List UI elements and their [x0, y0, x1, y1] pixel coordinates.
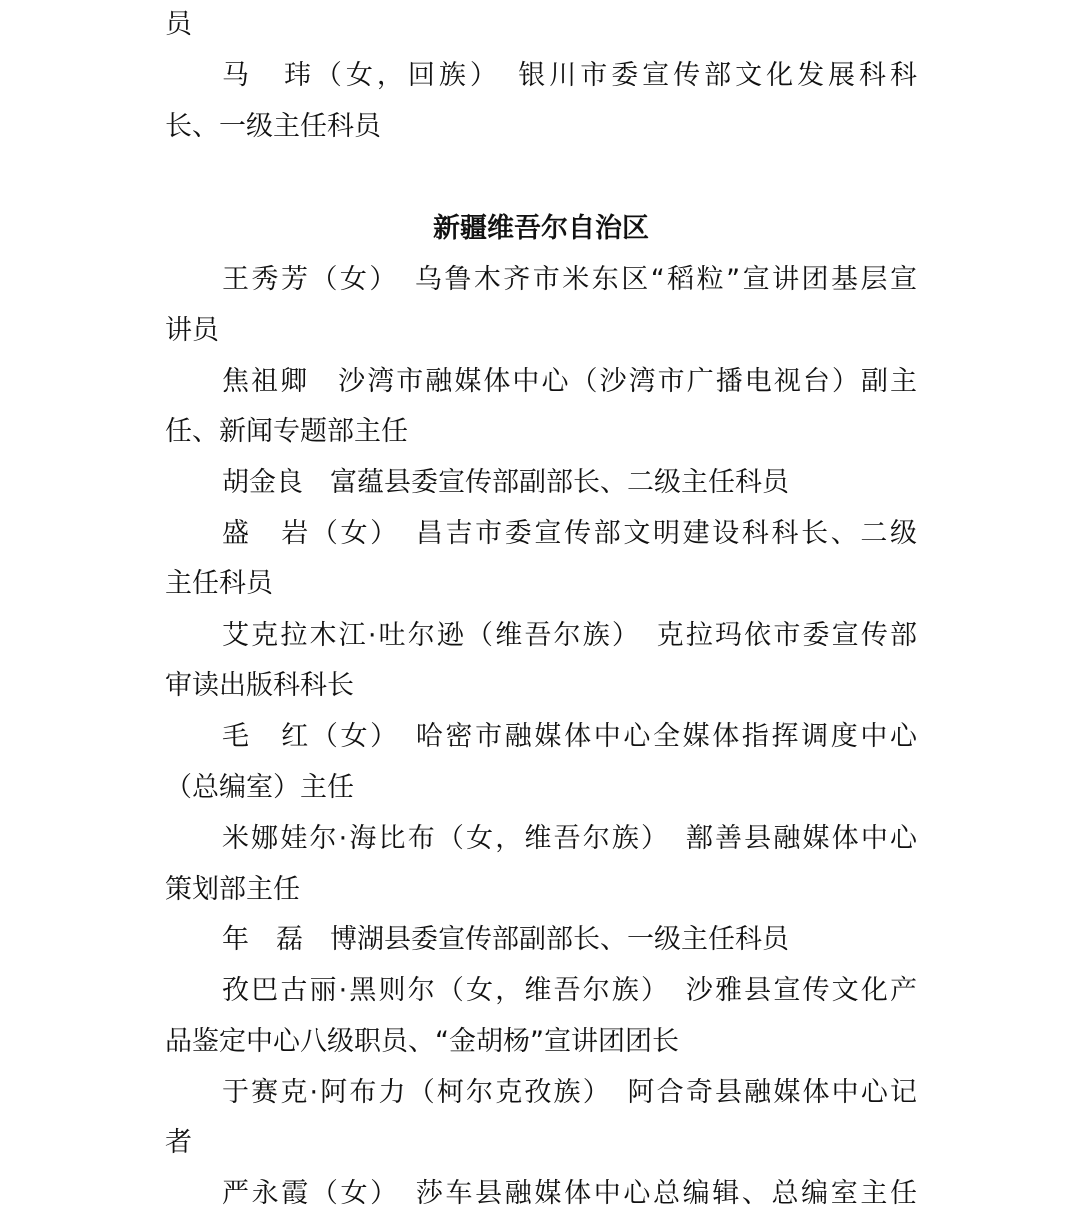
entry-line: 胡金良 富蕴县委宣传部副部长、二级主任科员 [222, 465, 917, 501]
entry-line: 米娜娃尔·海比布（女，维吾尔族） 鄯善县融媒体中心 [222, 821, 917, 857]
entry-continuation-line: 主任科员 [165, 566, 917, 602]
entry-continuation-line: 员 [165, 7, 917, 43]
entry-continuation-line: 讲员 [165, 313, 917, 349]
entry-continuation-line: 者 [165, 1125, 917, 1161]
entry-continuation-line: （总编室）主任 [165, 770, 917, 806]
entry-continuation-line: 长、一级主任科员 [165, 109, 917, 145]
entry-line: 毛 红（女） 哈密市融媒体中心全媒体指挥调度中心 [222, 719, 917, 755]
entry-continuation-line: 任、新闻专题部主任 [165, 414, 917, 450]
entry-line: 焦祖卿 沙湾市融媒体中心（沙湾市广播电视台）副主 [222, 364, 917, 400]
entry-line: 艾克拉木江·吐尔逊（维吾尔族） 克拉玛依市委宣传部 [222, 618, 917, 654]
entry-line: 马 玮（女，回族） 银川市委宣传部文化发展科科 [222, 58, 917, 94]
entry-line: 盛 岩（女） 昌吉市委宣传部文明建设科科长、二级 [222, 516, 917, 552]
entry-continuation-line: 审读出版科科长 [165, 668, 917, 704]
section-heading: 新疆维吾尔自治区 [165, 211, 917, 247]
entry-line: 严永霞（女） 莎车县融媒体中心总编辑、总编室主任 [222, 1176, 917, 1212]
entry-line: 王秀芳（女） 乌鲁木齐市米东区“稻粒”宣讲团基层宣 [222, 262, 917, 298]
entry-line: 年 磊 博湖县委宣传部副部长、一级主任科员 [222, 922, 917, 958]
entry-continuation-line: 策划部主任 [165, 872, 917, 908]
entry-line: 于赛克·阿布力（柯尔克孜族） 阿合奇县融媒体中心记 [222, 1075, 917, 1111]
entry-line: 孜巴古丽·黑则尔（女，维吾尔族） 沙雅县宣传文化产 [222, 973, 917, 1009]
entry-continuation-line: 品鉴定中心八级职员、“金胡杨”宣讲团团长 [165, 1024, 917, 1060]
